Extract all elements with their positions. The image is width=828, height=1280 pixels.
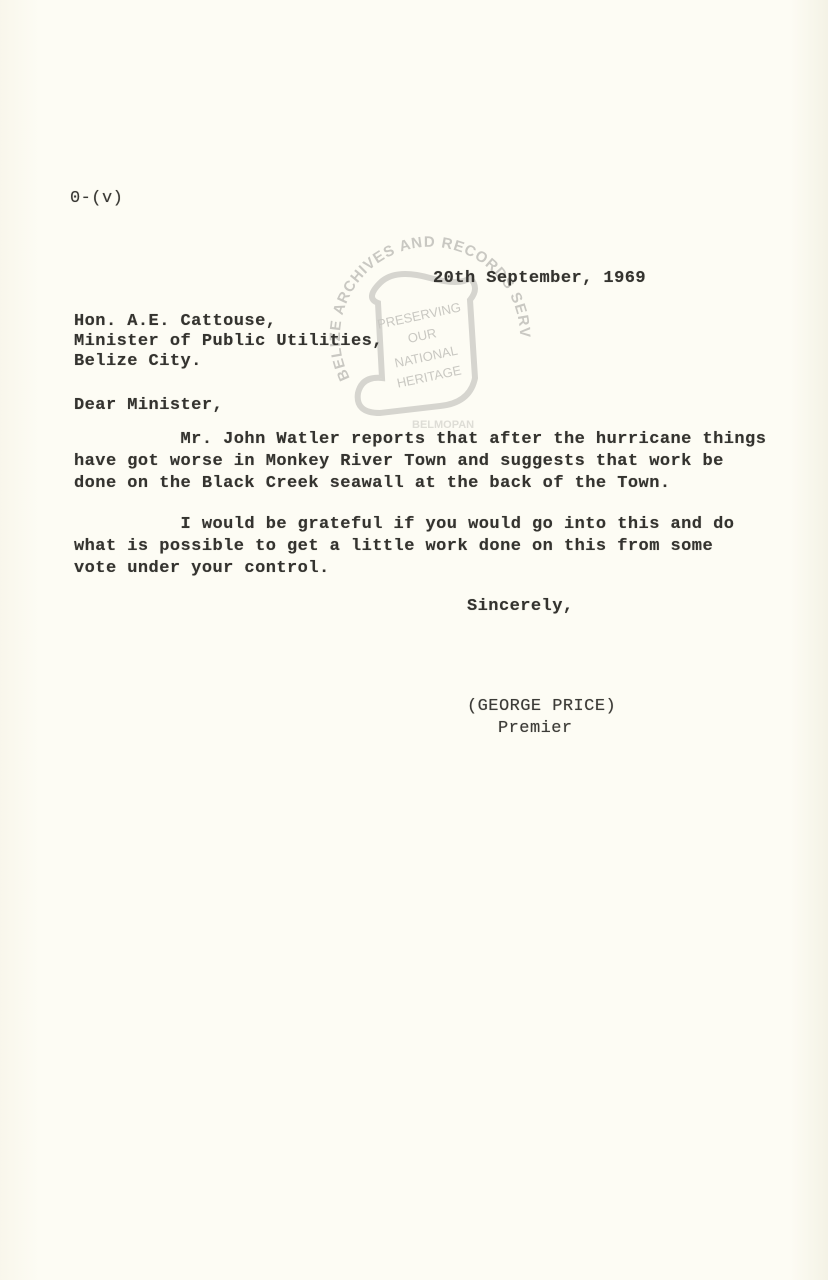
recipient-line-title: Minister of Public Utilities, [74,332,383,352]
recipient-line-city: Belize City. [74,352,202,372]
paragraph-2-line-3: vote under your control. [74,559,330,579]
signature-name: (GEORGE PRICE) [467,697,616,717]
letter-date: 20th September, 1969 [433,269,646,289]
paragraph-1-line-3: done on the Black Creek seawall at the b… [74,474,671,494]
salutation: Dear Minister, [74,396,223,416]
reference-mark: 0-(v) [70,189,123,209]
paper-background [0,0,828,1280]
paragraph-2-line-1: I would be grateful if you would go into… [74,515,734,535]
signature-title: Premier [498,719,573,739]
closing: Sincerely, [467,597,574,617]
paragraph-1-line-2: have got worse in Monkey River Town and … [74,452,724,472]
recipient-line-name: Hon. A.E. Cattouse, [74,312,276,332]
paragraph-2-line-2: what is possible to get a little work do… [74,537,713,557]
paragraph-1-line-1: Mr. John Watler reports that after the h… [74,430,766,450]
